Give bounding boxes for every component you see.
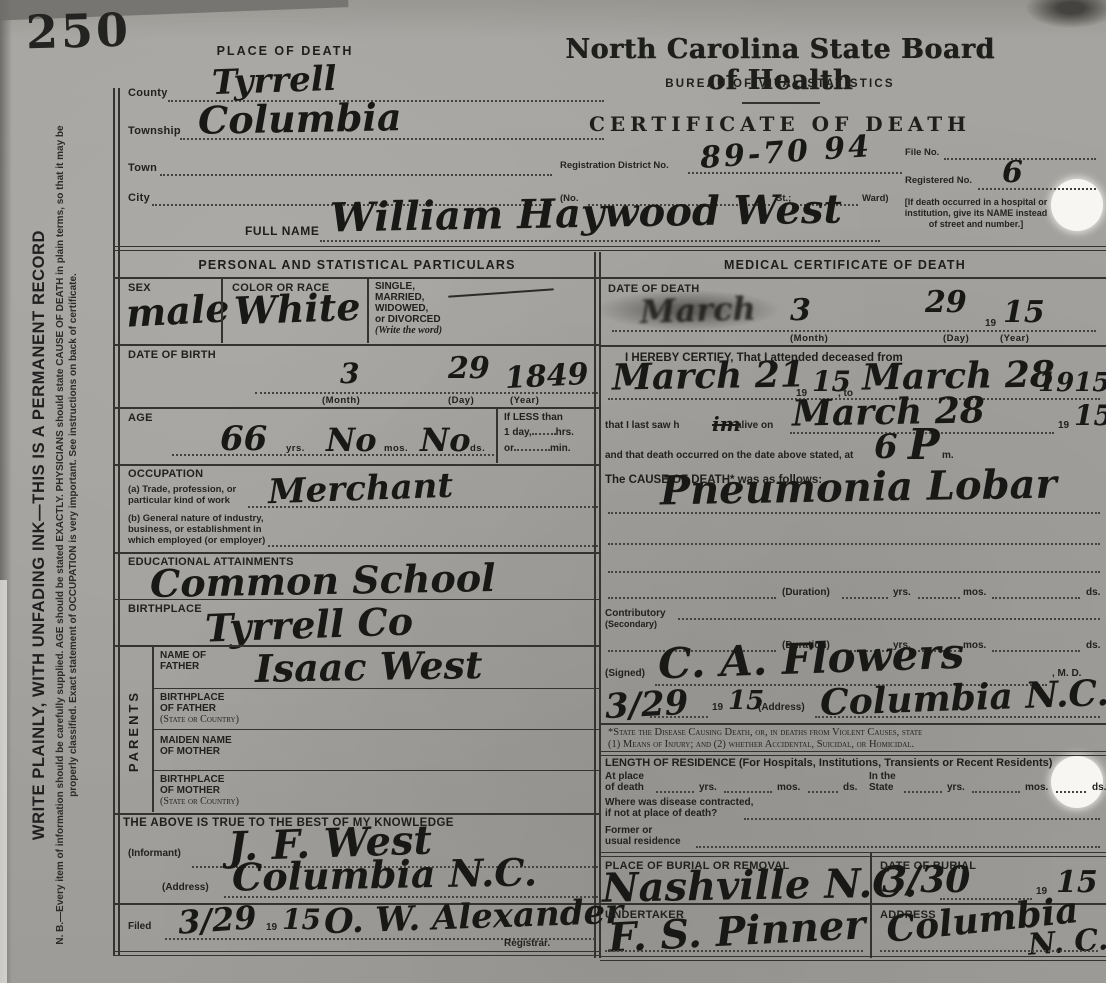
cause-line-2 [608, 543, 1100, 545]
marital-label-block: SINGLE, MARRIED, WIDOWED, or DIVORCED (W… [375, 281, 442, 336]
mother-birthplace-label: BIRTHPLACE OF MOTHER (State or Country) [160, 774, 239, 808]
registrar-label: Registrar. [504, 938, 550, 949]
city-label: City [128, 192, 150, 204]
father-bp-l2: OF FATHER [160, 703, 239, 714]
former-line [696, 846, 1100, 848]
father-name-l2: FATHER [160, 661, 206, 672]
duration1-dots-c [992, 597, 1080, 599]
burial-place-value: Nashville N.C. [602, 863, 918, 908]
death-date-line [612, 330, 1096, 332]
registrar-signature: O. W. Alexander [323, 895, 623, 939]
death-day-caption: (Day) [943, 333, 969, 344]
physician-signature: C. A. Flowers [657, 633, 964, 686]
duration1-mos: mos. [963, 587, 986, 598]
township-value: Columbia [198, 98, 402, 140]
dotted-leader [514, 440, 550, 451]
mother-bp-l1: BIRTHPLACE [160, 774, 239, 785]
m-caption: m. [942, 450, 954, 461]
contributory-line [678, 618, 1100, 620]
dob-year-caption: (Year) [510, 395, 539, 406]
dob-month-value: 3 [340, 360, 359, 388]
paper-edge-left-light [0, 580, 7, 983]
occupation-a-line2: particular kind of work [128, 495, 230, 506]
occupation-a-value: Merchant [267, 469, 453, 509]
column-divider-a [594, 252, 596, 958]
informant-label: (Informant) [128, 848, 181, 859]
duration2-mos: mos. [963, 640, 986, 651]
occupation-b-line2: business, or establishment in [128, 524, 262, 535]
margin-main-text: WRITE PLAINLY, WITH UNFADING INK—THIS IS… [30, 104, 49, 966]
cause-footnote-line2: (1) Means of Injury; and (2) whether Acc… [608, 739, 914, 750]
personal-heading: PERSONAL AND STATISTICAL PARTICULARS [123, 258, 591, 272]
full-name-value: William Haywood West [330, 190, 843, 239]
dob-month-caption: (Month) [322, 395, 360, 406]
cause-line-3 [608, 571, 1100, 573]
at-place-l2: of death [605, 782, 644, 793]
duration1-dots-a [842, 597, 888, 599]
age-years-value: 66 [220, 422, 267, 456]
less-than-block: If LESS than 1 day,hrs. ormin. [504, 412, 574, 455]
sex-race-divider [221, 278, 223, 343]
min-caption: min. [550, 443, 571, 454]
mother-bp-l3: (State or Country) [160, 796, 239, 808]
sex-value: male [125, 289, 230, 332]
death-time-value: 6 [874, 430, 898, 464]
death-month-smudged: March [639, 292, 756, 328]
marital-line-1: SINGLE, [375, 281, 442, 292]
at-place-mos: mos. [777, 782, 800, 793]
contracted-l1: Where was disease contracted, [605, 797, 753, 808]
medical-bottom-divider [600, 956, 1106, 961]
mother-bp-l2: OF MOTHER [160, 785, 239, 796]
informant-address-label: (Address) [162, 882, 209, 893]
married-check-stroke [448, 288, 554, 298]
duration1-ds: ds. [1086, 587, 1100, 598]
file-no-label: File No. [905, 147, 939, 158]
in-state-dots-b [972, 791, 1020, 793]
registered-no-line [978, 188, 1096, 190]
row-divider-2 [113, 407, 600, 409]
parents-divider-3 [152, 770, 600, 771]
death-time-meridiem: P [908, 424, 940, 466]
masthead-bureau: BUREAU OF VITAL STATISTICS [555, 78, 1005, 90]
at-place-dots-b [724, 791, 772, 793]
margin-note-line1: N. B.—Every item of information should b… [55, 104, 66, 966]
reg-district-value: 89-70 94 [699, 132, 873, 174]
age-yrs-caption: yrs. [286, 443, 305, 454]
one-day-label: 1 day, [504, 427, 532, 438]
parents-vertical-label: PARENTS [126, 650, 141, 812]
parents-divider-1 [152, 688, 600, 689]
age-ds-caption: ds. [470, 443, 485, 454]
at-place-yrs: yrs. [699, 782, 717, 793]
medical-divider-1 [600, 345, 1106, 347]
mother-name-l2: OF MOTHER [160, 746, 232, 757]
less-than-line2: 1 day,hrs. [504, 423, 574, 439]
margin-instructions: WRITE PLAINLY, WITH UNFADING INK—THIS IS… [30, 104, 79, 966]
marital-line-4: or DIVORCED [375, 314, 442, 325]
birthplace-label: BIRTHPLACE [128, 603, 202, 615]
masthead-rule [742, 102, 820, 104]
last-saw-label-1: that I last saw h [605, 420, 679, 431]
street-ward-label: Ward) [862, 193, 889, 204]
father-birthplace-label: BIRTHPLACE OF FATHER (State or Country) [160, 692, 239, 726]
birthplace-value: Tyrrell Co [204, 602, 413, 647]
occupation-b-line [268, 545, 598, 547]
filed-year-printed: 19 [266, 922, 277, 933]
age-label: AGE [128, 412, 153, 424]
corner-smudge [1026, 0, 1106, 28]
death-certificate-scan: 250 WRITE PLAINLY, WITH UNFADING INK—THI… [0, 0, 1106, 983]
race-value: White [233, 288, 361, 330]
reg-district-label: Registration District No. [560, 160, 669, 171]
registered-no-value: 6 [1002, 158, 1023, 188]
signed-date-value: 3/29 [604, 686, 689, 724]
father-name-l1: NAME OF [160, 650, 206, 661]
signed-address-line [815, 716, 1100, 718]
father-bp-l1: BIRTHPLACE [160, 692, 239, 703]
contracted-l2: if not at place of death? [605, 808, 717, 819]
at-place-ds: ds. [843, 782, 857, 793]
in-state-ds: ds. [1092, 782, 1106, 793]
death-month-caption: (Month) [790, 333, 828, 344]
death-year-caption: (Year) [1000, 333, 1029, 344]
cause-of-death-value: Pneumonia Lobar [660, 465, 1057, 512]
occupation-a-line1: (a) Trade, profession, or [128, 484, 236, 495]
age-days-value: No [420, 424, 471, 456]
medical-heading: MEDICAL CERTIFICATE OF DEATH [600, 258, 1090, 272]
row-divider-1 [113, 344, 600, 346]
duration1-dots-b [918, 597, 960, 599]
in-state-mos: mos. [1025, 782, 1048, 793]
in-state-l2: State [869, 782, 893, 793]
signed-year-printed: 19 [712, 702, 723, 713]
last-saw-year-value: 15 [1074, 402, 1106, 430]
dob-day-caption: (Day) [448, 395, 474, 406]
contracted-line [744, 818, 1100, 820]
or-label: or [504, 443, 514, 454]
mother-name-l1: MAIDEN NAME [160, 735, 232, 746]
cause-footnote-line1: *State the Disease Causing Death, or, in… [608, 727, 922, 738]
top-divider [113, 246, 1106, 251]
former-l1: Former or [605, 825, 652, 836]
undertaker-address-line [880, 950, 1098, 952]
row-divider-4 [113, 552, 600, 554]
death-time-label: and that death occurred on the date abov… [605, 450, 853, 461]
last-saw-label-2: alive on [736, 420, 773, 431]
full-name-label: FULL NAME [245, 224, 320, 238]
filed-date-value: 3/29 [177, 901, 258, 938]
signed-date-line [650, 716, 708, 718]
heading-underline [113, 277, 1106, 279]
signed-address-label: (Address) [758, 702, 805, 713]
stamp-number: 250 [25, 3, 131, 60]
occupation-label: OCCUPATION [128, 468, 203, 480]
cause-line-1 [608, 512, 1100, 514]
county-label: County [128, 87, 168, 99]
dotted-leader [532, 424, 556, 435]
occupation-b-line3: which employed (or employer) [128, 535, 265, 546]
marital-line-2: MARRIED, [375, 292, 442, 303]
father-name-value: Isaac West [255, 646, 483, 688]
in-state-dots-a [904, 791, 942, 793]
row-divider-7 [113, 813, 600, 815]
marital-write-the-word: (Write the word) [375, 325, 442, 336]
duration1-lead [608, 597, 776, 599]
in-state-dots-c [1056, 791, 1086, 793]
death-year-printed: 19 [985, 318, 996, 329]
secondary-label: (Secondary) [605, 619, 657, 629]
duration2-ds: ds. [1086, 640, 1100, 651]
duration1-caption: (Duration) [782, 587, 830, 598]
dob-label: DATE OF BIRTH [128, 349, 216, 361]
at-place-dots-c [808, 791, 838, 793]
certificate-title: CERTIFICATE OF DEATH [555, 112, 1005, 136]
margin-note-line2: properly classified. Exact statement of … [68, 104, 79, 966]
death-day-value: 29 [925, 288, 967, 318]
less-than-line1: If LESS than [504, 412, 574, 423]
death-month-value: 3 [790, 296, 811, 326]
last-saw-year-printed: 19 [1058, 420, 1069, 431]
informant-address-value: Columbia N.C. [232, 853, 538, 896]
filed-year-value: 15 [282, 906, 321, 934]
in-state-yrs: yrs. [947, 782, 965, 793]
registered-no-label: Registered No. [905, 175, 972, 186]
signed-label: (Signed) [605, 668, 645, 679]
filed-label: Filed [128, 921, 151, 932]
town-line [160, 174, 552, 176]
age-months-value: No [326, 424, 377, 456]
father-name-label: NAME OF FATHER [160, 650, 206, 672]
hrs-caption: hrs. [556, 427, 574, 438]
dob-year-value: 1849 [504, 360, 589, 394]
age-mos-caption: mos. [384, 443, 408, 454]
age-subcell-divider [496, 407, 498, 463]
medical-divider-3 [600, 751, 1106, 756]
punch-hole-top [1051, 179, 1103, 231]
township-label: Township [128, 125, 181, 137]
hospital-note: [If death occurred in a hospital or inst… [903, 197, 1049, 230]
father-bp-l3: (State or Country) [160, 714, 239, 726]
last-saw-date-value: March 28 [792, 392, 985, 431]
medical-divider-2 [600, 723, 1106, 725]
attended-to-year-value: 1915 [1038, 370, 1106, 396]
duration2-dots-c [992, 650, 1080, 652]
marital-line-3: WIDOWED, [375, 303, 442, 314]
at-place-dots-a [656, 791, 694, 793]
education-value: Common School [150, 559, 496, 603]
town-label: Town [128, 162, 157, 174]
left-bottom-divider [113, 951, 600, 956]
county-value: Tyrrell [211, 62, 337, 100]
occupation-b-line1: (b) General nature of industry, [128, 513, 263, 524]
at-place-l1: At place [605, 771, 644, 782]
burial-date-value: 3/30 [882, 862, 970, 898]
form-border-left-inner [118, 88, 120, 956]
attended-from-value: March 21 [612, 356, 805, 395]
death-year-value: 15 [1003, 298, 1045, 328]
residence-heading: LENGTH OF RESIDENCE (For Hospitals, Inst… [605, 757, 1052, 769]
signed-address-value: Columbia N.C. [819, 675, 1106, 721]
full-name-line [320, 240, 880, 242]
duration1-yrs: yrs. [893, 587, 911, 598]
place-of-death-heading: PLACE OF DEATH [180, 44, 390, 58]
parents-divider-2 [152, 729, 600, 730]
race-marital-divider [367, 278, 369, 343]
less-than-line3: ormin. [504, 439, 574, 455]
undertaker-line [605, 950, 863, 952]
row-divider-3 [113, 464, 600, 466]
in-state-l1: In the [869, 771, 896, 782]
dob-day-value: 29 [448, 354, 490, 384]
mother-maiden-label: MAIDEN NAME OF MOTHER [160, 735, 232, 757]
former-l2: usual residence [605, 836, 681, 847]
form-border-left-outer [113, 88, 115, 956]
medical-divider-4 [600, 852, 1106, 857]
contributory-label: Contributory [605, 608, 666, 619]
